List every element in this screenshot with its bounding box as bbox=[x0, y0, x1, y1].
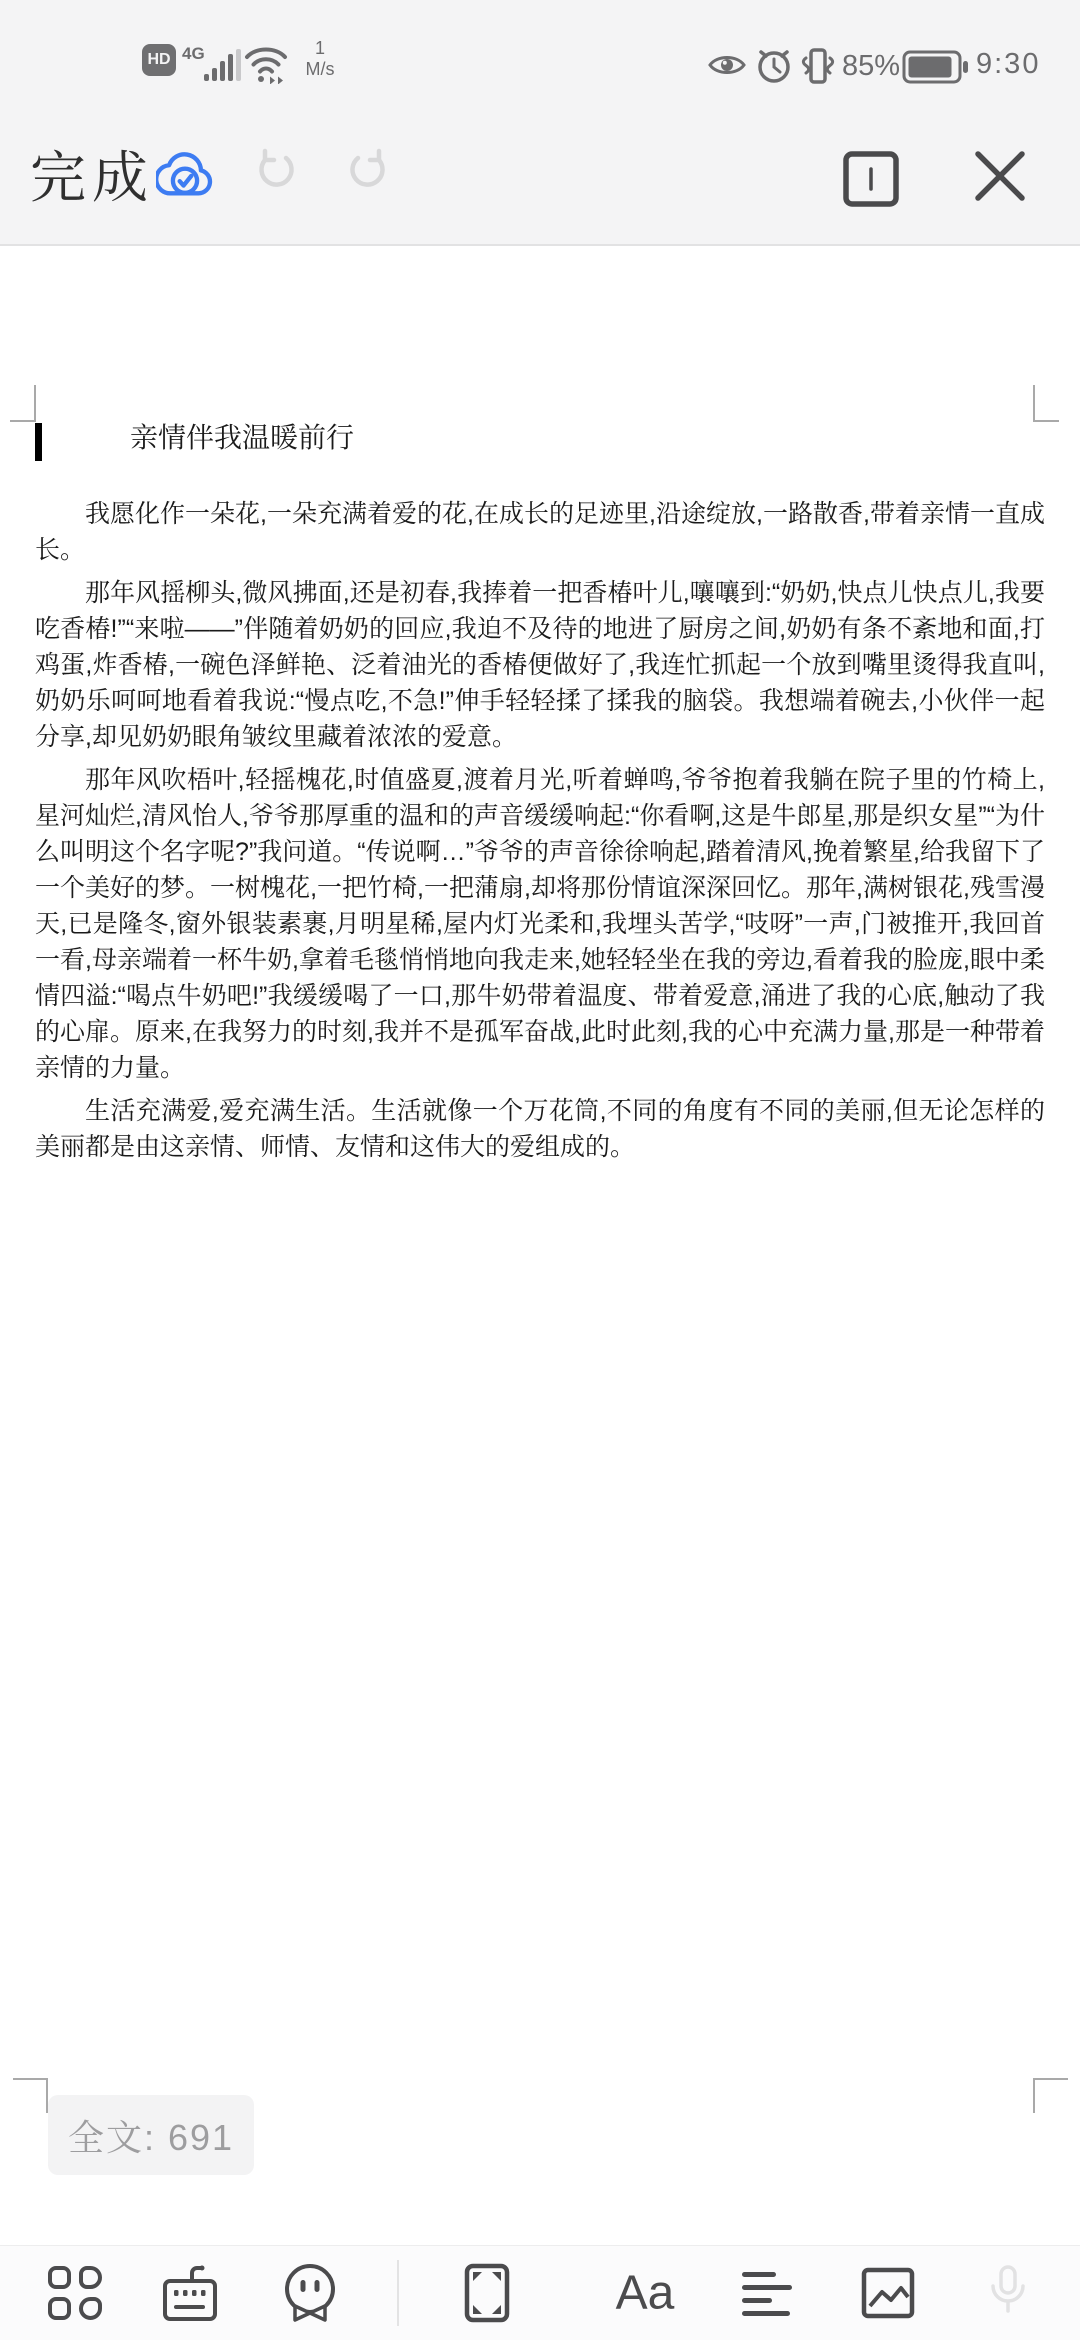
vibrate-mode-icon bbox=[798, 46, 838, 86]
redo-icon[interactable] bbox=[344, 148, 392, 194]
battery-percent-label: 85% bbox=[842, 50, 900, 83]
essay-paragraph: 生活充满爱,爱充满生活。生活就像一个万花筒,不同的角度有不同的美丽,但无论怎样的… bbox=[35, 1093, 1045, 1165]
toolbar-divider bbox=[397, 2260, 399, 2326]
speed-value: 1 bbox=[292, 38, 348, 59]
cloud-sync-check-icon[interactable] bbox=[156, 136, 214, 210]
editor-toolbar: 完成 bbox=[0, 100, 1080, 246]
network-speed: 1 M/s bbox=[292, 38, 348, 80]
tools-grid-shape bbox=[79, 2266, 102, 2289]
speed-unit: M/s bbox=[292, 59, 348, 80]
essay-body[interactable]: 亲情伴我温暖前行 我愿化作一朵花,一朵充满着爱的花,在成长的足迹里,沿途绽放,一… bbox=[35, 418, 1045, 1172]
voice-input-icon[interactable] bbox=[982, 2264, 1034, 2322]
status-bar: HD 4G 1 M/s bbox=[0, 0, 1080, 100]
font-format-icon[interactable]: Aa bbox=[616, 2266, 675, 2321]
page-frame-icon[interactable] bbox=[462, 2262, 512, 2324]
eye-comfort-icon bbox=[708, 52, 746, 78]
close-icon[interactable] bbox=[972, 148, 1028, 204]
emoji-face-icon[interactable] bbox=[281, 2262, 339, 2324]
handwriting-keyboard-icon[interactable] bbox=[161, 2263, 219, 2323]
network-type-label: 4G bbox=[182, 44, 205, 64]
signal-bars-icon bbox=[203, 48, 243, 82]
essay-title: 亲情伴我温暖前行 bbox=[130, 418, 1045, 458]
essay-paragraph: 那年风吹梧叶,轻摇槐花,时值盛夏,渡着月光,听着蝉鸣,爷爷抱着我躺在院子里的竹椅… bbox=[35, 762, 1045, 1086]
bottom-toolbar: Aa bbox=[0, 2245, 1080, 2340]
phone-screen: HD 4G 1 M/s bbox=[0, 0, 1080, 2340]
clock-label: 9:30 bbox=[976, 48, 1040, 81]
paragraph-align-icon[interactable] bbox=[739, 2265, 795, 2321]
tools-grid-shape bbox=[48, 2297, 71, 2320]
text-cursor-box-icon[interactable] bbox=[842, 150, 900, 208]
tools-grid-shape bbox=[48, 2266, 71, 2289]
document-page[interactable]: 亲情伴我温暖前行 我愿化作一朵花,一朵充满着爱的花,在成长的足迹里,沿途绽放,一… bbox=[0, 248, 1080, 2245]
essay-paragraph: 那年风摇柳头,微风拂面,还是初春,我捧着一把香椿叶儿,嚷嚷到:“奶奶,快点儿快点… bbox=[35, 575, 1045, 755]
battery-icon bbox=[902, 50, 970, 84]
word-count-badge: 全文: 691 bbox=[48, 2095, 254, 2175]
tools-grid-shape bbox=[79, 2297, 102, 2320]
done-button[interactable]: 完成 bbox=[30, 134, 154, 214]
wifi-icon bbox=[244, 44, 288, 84]
insert-image-icon[interactable] bbox=[859, 2265, 917, 2321]
tools-grid-icon[interactable] bbox=[48, 2266, 102, 2320]
alarm-clock-icon bbox=[755, 46, 793, 84]
page-margin-mark-top-right bbox=[1033, 385, 1059, 422]
page-margin-mark-bottom-right bbox=[1033, 2078, 1068, 2113]
page-margin-mark-top-left bbox=[10, 385, 36, 422]
page-margin-mark-bottom-left bbox=[13, 2078, 48, 2113]
word-count-label: 全文: 691 bbox=[68, 2110, 234, 2161]
essay-paragraph: 我愿化作一朵花,一朵充满着爱的花,在成长的足迹里,沿途绽放,一路散香,带着亲情一… bbox=[35, 496, 1045, 568]
undo-icon[interactable] bbox=[252, 148, 300, 194]
hd-badge-icon: HD bbox=[142, 44, 176, 76]
